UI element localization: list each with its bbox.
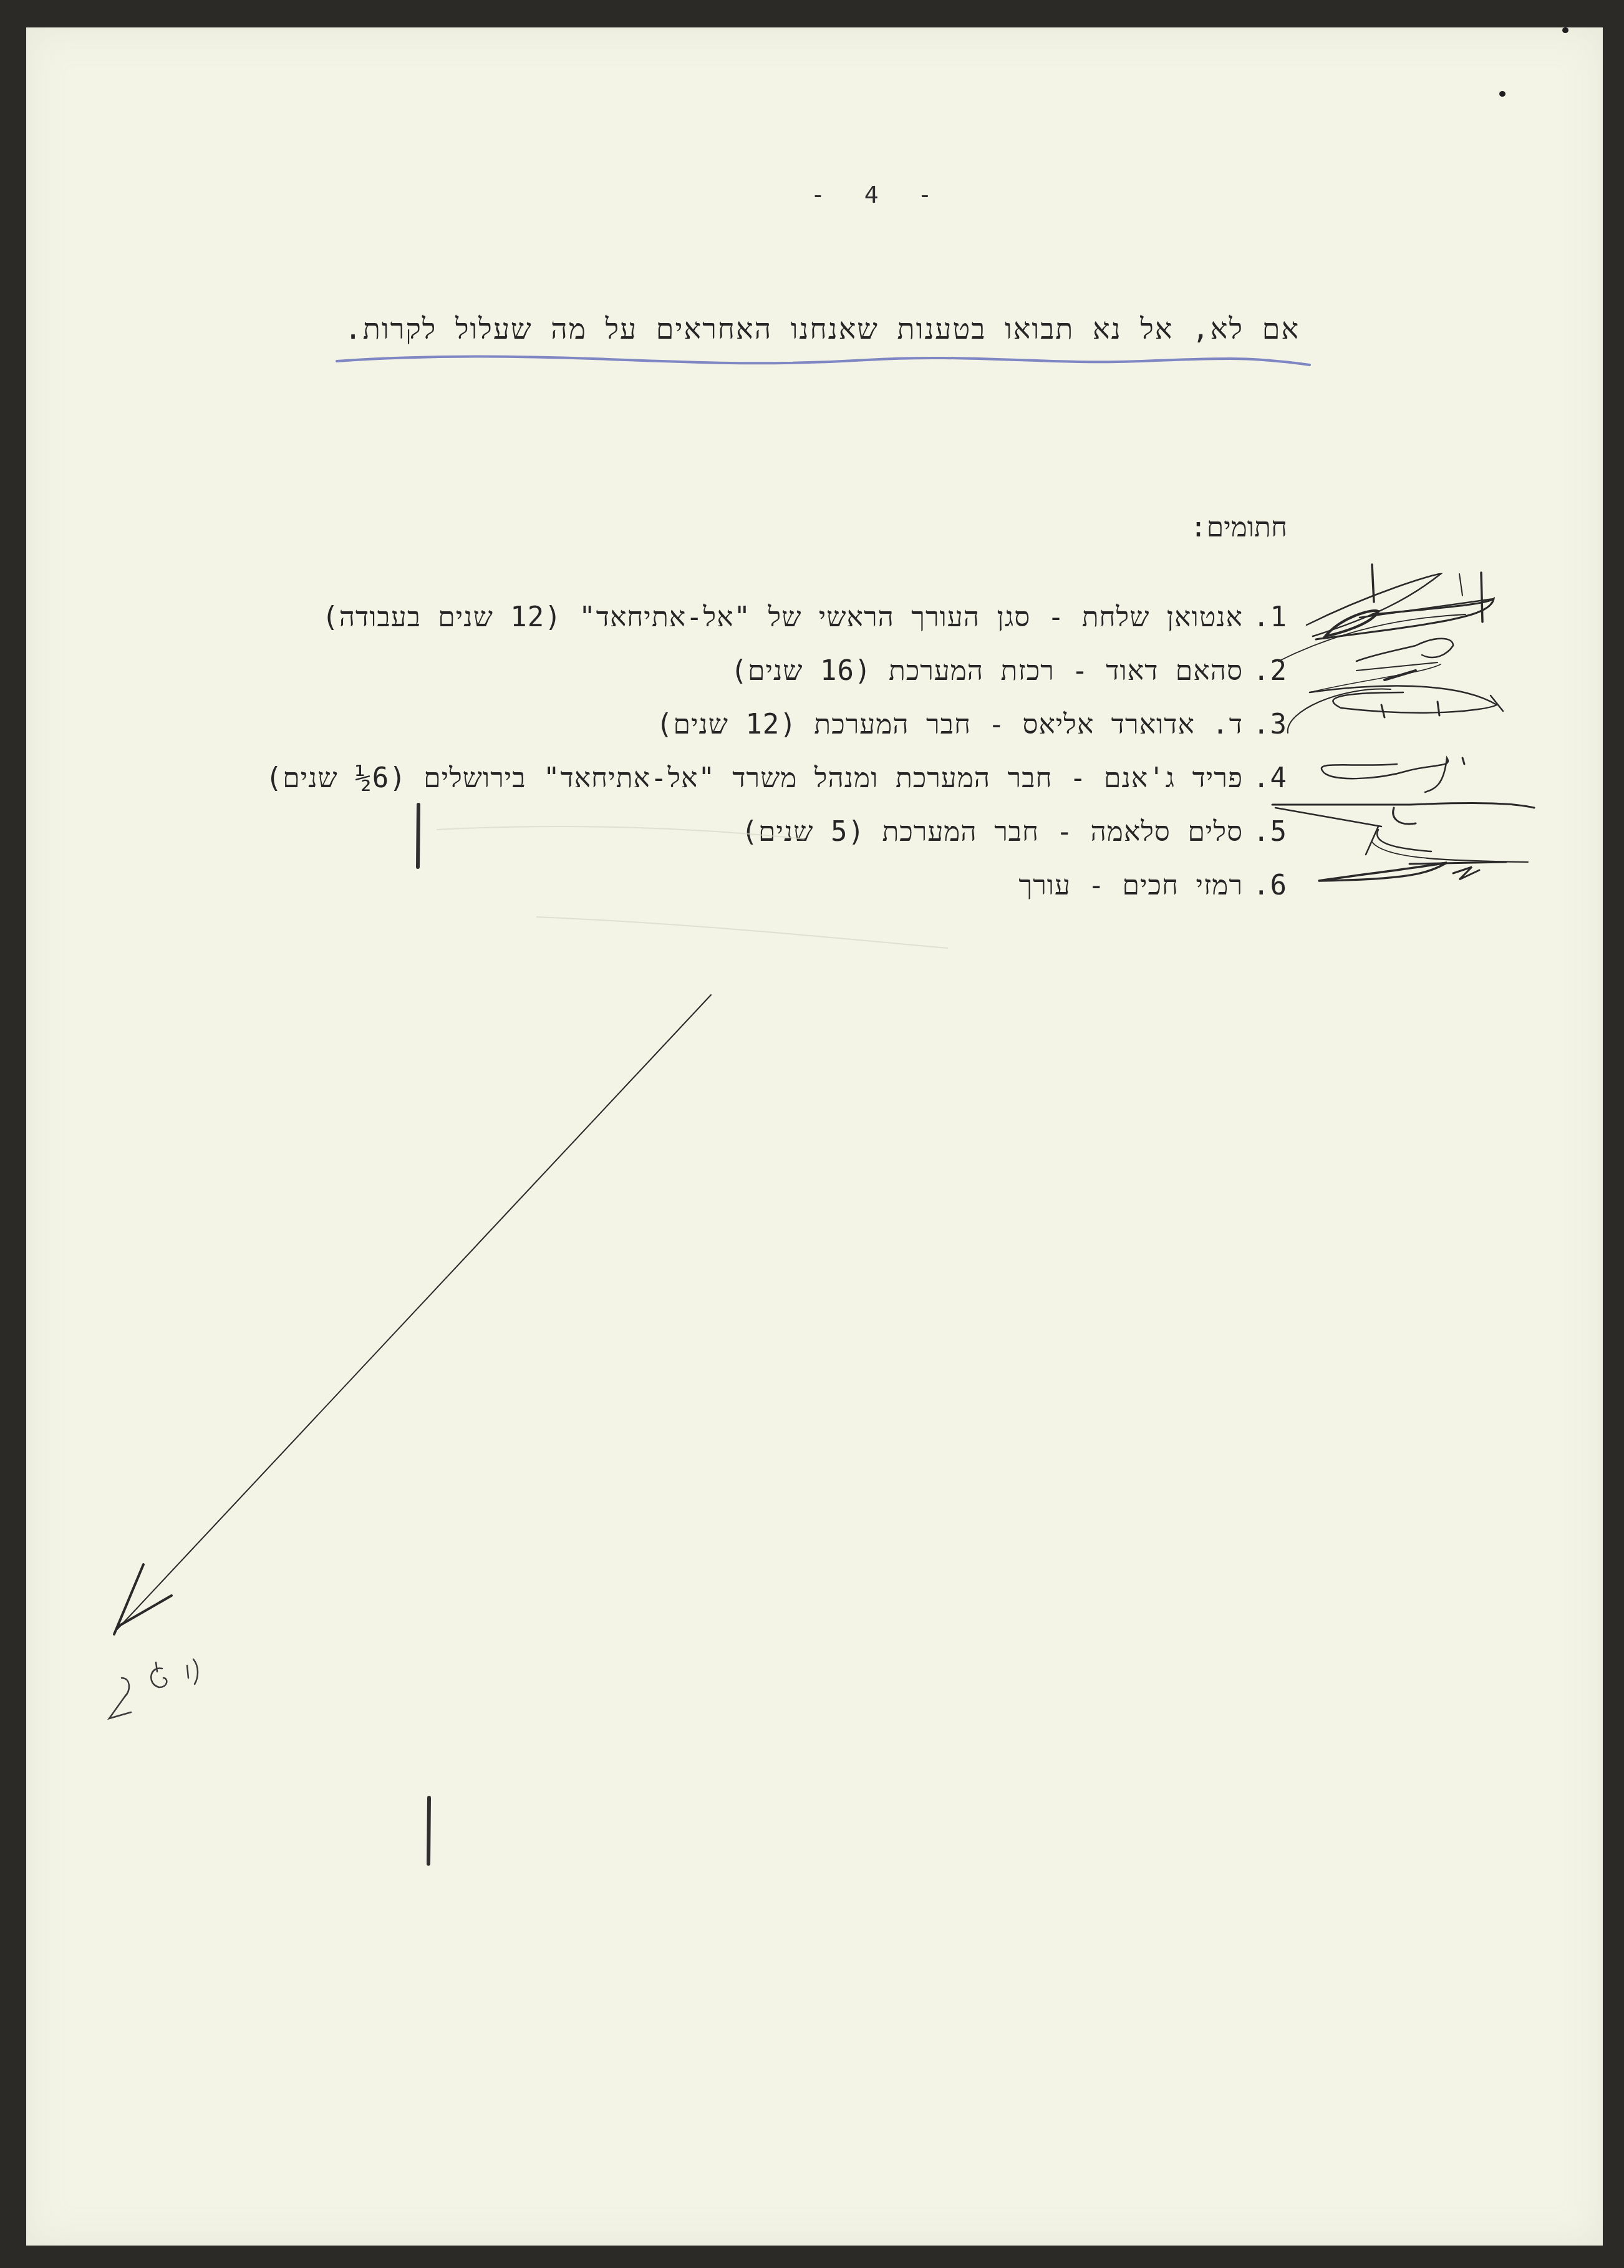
handwritten-note [109, 1659, 198, 1718]
pencil-tick-mark [428, 1798, 429, 1864]
handwriting-overlay [0, 0, 1624, 2268]
pencil-tick-mark [418, 805, 418, 867]
punch-dot [1499, 91, 1506, 97]
paper-crease [437, 826, 948, 948]
handwritten-signatures [1272, 565, 1534, 881]
arrow-icon [114, 995, 711, 1634]
punch-dot [1562, 27, 1568, 33]
